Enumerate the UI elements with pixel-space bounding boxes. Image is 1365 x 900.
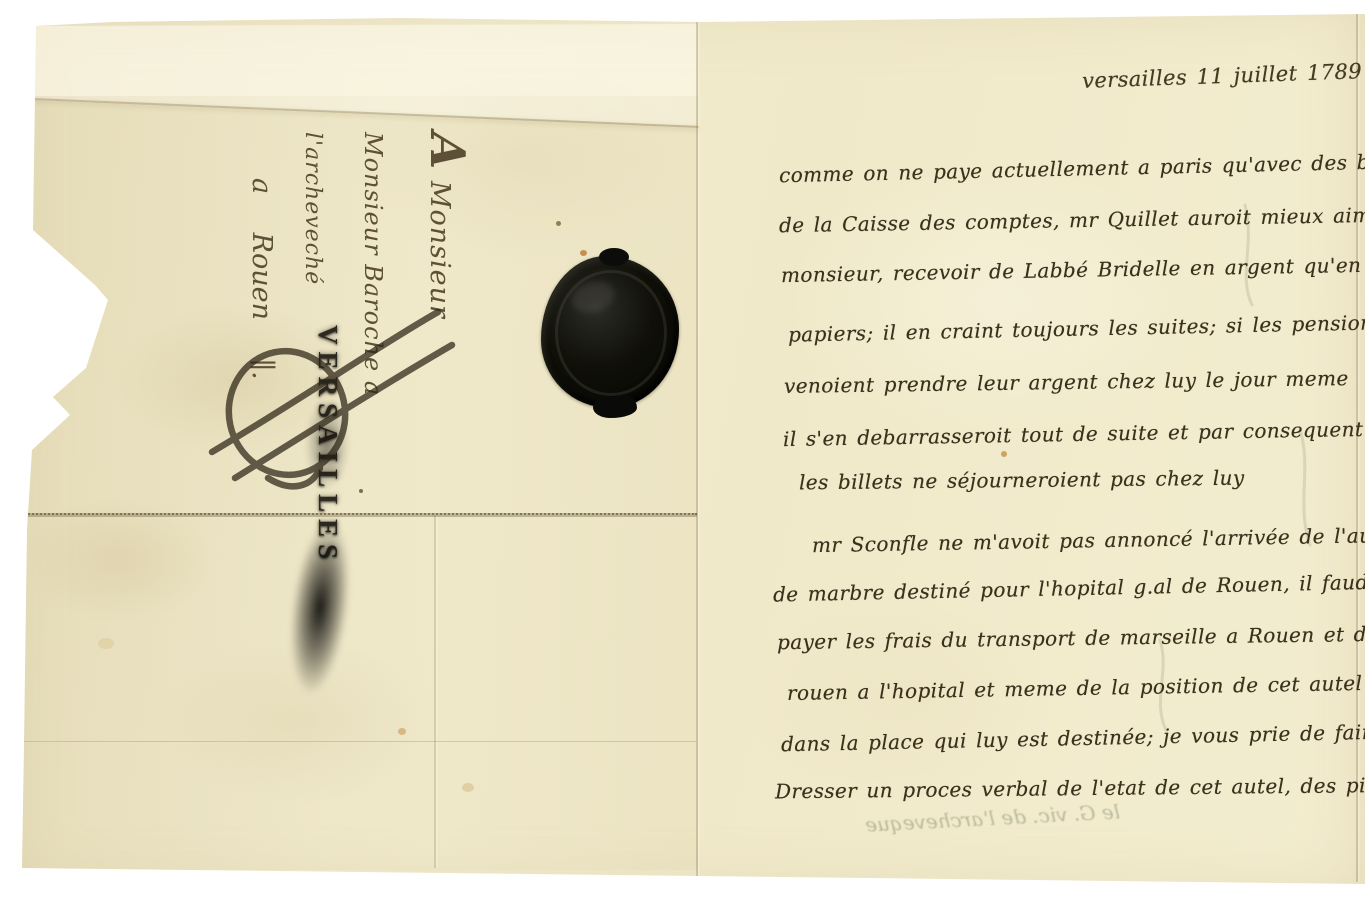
- address-line: A Monsieur: [387, 132, 475, 477]
- address-block: A Monsieur Monsieur Baroche a l'archevec…: [130, 132, 475, 477]
- body-line: de la Caisse des comptes, mr Quillet aur…: [779, 203, 1365, 238]
- address-flourish-capital: A: [419, 132, 475, 171]
- paper-sheet: A Monsieur Monsieur Baroche a l'archevec…: [0, 0, 1365, 900]
- body-line: dans la place qui luy est destinée; je v…: [781, 720, 1365, 757]
- body-line: mr Sconfle ne m'avoit pas annoncé l'arri…: [812, 523, 1365, 557]
- address-line-4: a Rouen ∥.: [217, 132, 277, 477]
- body-line: papiers; il en craint toujours les suite…: [788, 309, 1365, 346]
- body-line: Dresser un proces verbal de l'etat de ce…: [775, 773, 1365, 804]
- foxing-spot: [1001, 451, 1007, 457]
- body-line: de marbre destiné pour l'hopital g.al de…: [773, 570, 1365, 607]
- wax-seal: [541, 256, 679, 408]
- address-line-1: Monsieur: [424, 181, 455, 319]
- body-line: comme on ne paye actuellement a paris qu…: [779, 149, 1365, 188]
- body-line: venoient prendre leur argent chez luy le…: [784, 366, 1349, 398]
- fold-crease-right: [1356, 14, 1358, 882]
- body-line: il s'en debarrasseroit tout de suite et …: [783, 417, 1364, 451]
- body-line: payer les frais du transport de marseill…: [777, 622, 1365, 654]
- postmark-ink-smear: [305, 400, 349, 490]
- bleedthrough-text: le G. vic. de l'archeveque: [865, 799, 1121, 836]
- letter-scan: A Monsieur Monsieur Baroche a l'archevec…: [0, 0, 1365, 900]
- body-line: rouen a l'hopital et meme de la position…: [787, 671, 1363, 705]
- body-line: monsieur, recevoir de Labbé Bridelle en …: [781, 253, 1362, 287]
- body-line: les billets ne séjourneroient pas chez l…: [799, 466, 1245, 495]
- dateline: versailles 11 juillet 1789: [1082, 59, 1363, 93]
